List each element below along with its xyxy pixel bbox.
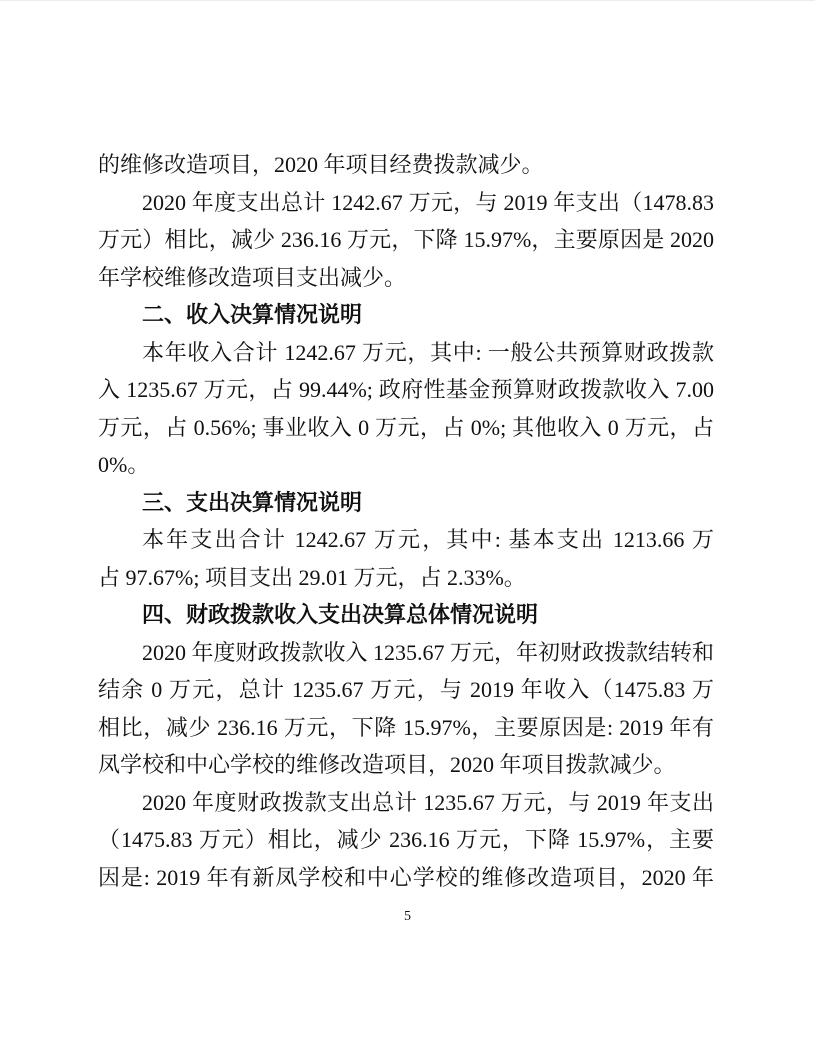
text-line: 因是: 2019 年有新凤学校和中心学校的维修改造项目，2020 年项 xyxy=(98,859,714,897)
text-line: 0%。 xyxy=(98,446,714,484)
text-line: 结余 0 万元，总计 1235.67 万元，与 2019 年收入（1475.83… xyxy=(98,671,714,709)
text-line: 本年支出合计 1242.67 万元，其中: 基本支出 1213.66 万元， xyxy=(98,521,714,559)
text-line: 2020 年度支出总计 1242.67 万元，与 2019 年支出（1478.8… xyxy=(98,184,714,222)
text-line: 万元，占 0.56%; 事业收入 0 万元，占 0%; 其他收入 0 万元，占 xyxy=(98,409,714,447)
text-line: （1475.83 万元）相比，减少 236.16 万元，下降 15.97%，主要… xyxy=(98,821,714,859)
section-heading: 二、收入决算情况说明 xyxy=(98,296,714,334)
text-line: 入 1235.67 万元，占 99.44%; 政府性基金预算财政拨款收入 7.0… xyxy=(98,371,714,409)
section-heading: 三、支出决算情况说明 xyxy=(98,484,714,522)
text-line: 的维修改造项目，2020 年项目经费拨款减少。 xyxy=(98,146,714,184)
document-content: 的维修改造项目，2020 年项目经费拨款减少。2020 年度支出总计 1242.… xyxy=(98,146,714,896)
document-page: 的维修改造项目，2020 年项目经费拨款减少。2020 年度支出总计 1242.… xyxy=(0,0,815,1056)
text-line: 2020 年度财政拨款收入 1235.67 万元，年初财政拨款结转和 xyxy=(98,634,714,672)
text-line: 2020 年度财政拨款支出总计 1235.67 万元，与 2019 年支出 xyxy=(98,784,714,822)
text-line: 年学校维修改造项目支出减少。 xyxy=(98,259,714,297)
text-line: 占 97.67%; 项目支出 29.01 万元，占 2.33%。 xyxy=(98,559,714,597)
page-number: 5 xyxy=(0,907,815,927)
text-line: 相比，减少 236.16 万元，下降 15.97%，主要原因是: 2019 年有… xyxy=(98,709,714,747)
text-line: 凤学校和中心学校的维修改造项目，2020 年项目拨款减少。 xyxy=(98,746,714,784)
text-line: 万元）相比，减少 236.16 万元，下降 15.97%，主要原因是 2020 xyxy=(98,221,714,259)
section-heading: 四、财政拨款收入支出决算总体情况说明 xyxy=(98,596,714,634)
text-line: 本年收入合计 1242.67 万元，其中: 一般公共预算财政拨款收 xyxy=(98,334,714,372)
